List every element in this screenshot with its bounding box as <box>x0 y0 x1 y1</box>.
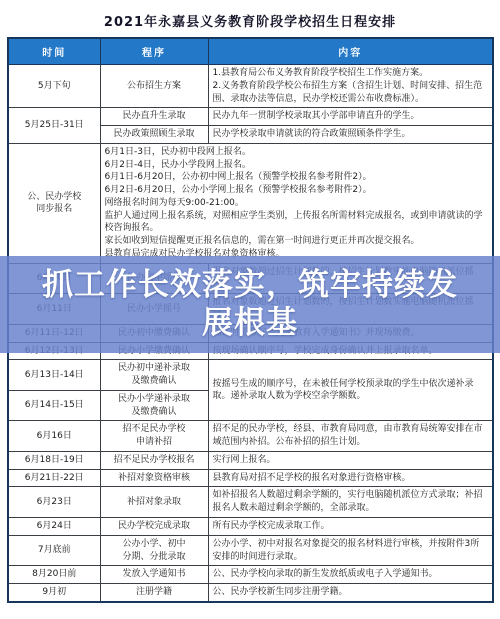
table-row: 6月23日补招对象录取如补招报名人数超过剩余学额的，实行电脑随机派位方式录取；补… <box>8 487 493 518</box>
time-cell: 公、民办学校 同步报名 <box>8 143 100 263</box>
time-cell: 6月24日 <box>8 517 100 535</box>
time-cell: 6月10日 <box>8 263 100 294</box>
content-cell: 实行网上报名。 <box>208 451 493 469</box>
content-cell: 确认时需带好《义务教育入学通知书》并现场缴费。 <box>208 324 493 342</box>
program-cell: 招不足民办学校 申请补招 <box>100 421 208 452</box>
content-cell: 公、民办学校向录取的新生发放纸质或电子入学通知书。 <box>208 566 493 584</box>
program-cell: 注册学籍 <box>100 584 208 602</box>
table-row: 9月初注册学籍公、民办学校新生同步注册学籍。 <box>8 584 493 602</box>
header-row: 时间程序内容 <box>8 38 493 65</box>
column-header-0: 时间 <box>8 38 100 65</box>
content-cell: 报名对象数超过招生计划数的，按招生计划数实施电脑随机派位摇号。 <box>208 294 493 325</box>
time-cell: 6月11日-12日 <box>8 324 100 342</box>
table-row: 6月21日-22日补招对象资格审核县教育局对招不足学校的报名对象进行资格审核。 <box>8 469 493 487</box>
content-cell: 所有民办学校完成录取工作。 <box>208 517 493 535</box>
time-cell: 6月13日-14日 <box>8 360 100 391</box>
content-cell: 报名对象数超过招生计划数的，按招生计划数实施电脑随机派位摇号。 <box>208 263 493 294</box>
program-cell: 补招对象资格审核 <box>100 469 208 487</box>
content-cell: 民办九年一贯制学校录取其小学部申请直升的学生。 <box>208 108 493 126</box>
program-cell: 公布招生方案 <box>100 65 208 108</box>
program-cell: 民办小学递补录取 及缴费确认 <box>100 390 208 421</box>
column-header-1: 程序 <box>100 38 208 65</box>
table-row: 6月11日-12日民办初中缴费确认确认时需带好《义务教育入学通知书》并现场缴费。 <box>8 324 493 342</box>
content-cell: 6月1日-3日，民办初中段网上报名。 6月2日-4日，民办小学段网上报名。 6月… <box>100 143 493 263</box>
content-cell: 按摇号生成的顺序号，在未被任何学校预录取的学生中依次递补录取。递补录取人数为学校… <box>208 360 493 421</box>
table-row: 5月下旬公布招生方案1.县教育局公布义务教育阶段学校招生工作实施方案。 2.义务… <box>8 65 493 108</box>
program-cell: 民办小学摇号 <box>100 294 208 325</box>
time-cell: 7月底前 <box>8 535 100 566</box>
program-cell: 民办政策照顾生录取 <box>100 126 208 144</box>
time-cell: 5月25日-31日 <box>8 108 100 144</box>
program-cell: 公办小学、初中 分期、分批录取 <box>100 535 208 566</box>
content-cell: 公办小学、初中对报名对象提交的报名材料进行审核，并按附件3所安排的时间进行录取。 <box>208 535 493 566</box>
page-title: 2021年永嘉县义务教育阶段学校招生日程安排 <box>0 0 500 37</box>
program-cell: 民办直升生录取 <box>100 108 208 126</box>
schedule-table: 时间程序内容 5月下旬公布招生方案1.县教育局公布义务教育阶段学校招生工作实施方… <box>7 37 494 603</box>
content-cell: 如补招报名人数超过剩余学额的，实行电脑随机派位方式录取；补招报名人数未超过剩余学… <box>208 487 493 518</box>
table-body: 5月下旬公布招生方案1.县教育局公布义务教育阶段学校招生工作实施方案。 2.义务… <box>8 65 493 602</box>
table-row: 6月10日民办初中摇号报名对象数超过招生计划数的，按招生计划数实施电脑随机派位摇… <box>8 263 493 294</box>
program-cell: 民办小学缴费确认 <box>100 342 208 360</box>
table-row: 6月18日-19日招不足民办学校报名实行网上报名。 <box>8 451 493 469</box>
time-cell: 9月初 <box>8 584 100 602</box>
table-row: 6月16日招不足民办学校 申请补招招不足的民办学校，经县、市教育局同意，由市教育… <box>8 421 493 452</box>
program-cell: 招不足民办学校报名 <box>100 451 208 469</box>
program-cell: 民办初中递补录取 及缴费确认 <box>100 360 208 391</box>
program-cell: 民办初中缴费确认 <box>100 324 208 342</box>
time-cell: 6月18日-19日 <box>8 451 100 469</box>
time-cell: 6月14日-15日 <box>8 390 100 421</box>
table-row: 8月20日前发放入学通知书公、民办学校向录取的新生发放纸质或电子入学通知书。 <box>8 566 493 584</box>
content-cell: 按现场确认顺序号，学校完成身份确认并上报录取名单。 <box>208 342 493 360</box>
program-cell: 民办初中摇号 <box>100 263 208 294</box>
table-row: 7月底前公办小学、初中 分期、分批录取公办小学、初中对报名对象提交的报名材料进行… <box>8 535 493 566</box>
table-row: 6月11日民办小学摇号报名对象数超过招生计划数的，按招生计划数实施电脑随机派位摇… <box>8 294 493 325</box>
table-row: 公、民办学校 同步报名6月1日-3日，民办初中段网上报名。 6月2日-4日，民办… <box>8 143 493 263</box>
time-cell: 5月下旬 <box>8 65 100 108</box>
content-cell: 县教育局对招不足学校的报名对象进行资格审核。 <box>208 469 493 487</box>
table-row: 6月12日-13日民办小学缴费确认按现场确认顺序号，学校完成身份确认并上报录取名… <box>8 342 493 360</box>
program-cell: 民办学校完成录取 <box>100 517 208 535</box>
content-cell: 公、民办学校新生同步注册学籍。 <box>208 584 493 602</box>
time-cell: 6月12日-13日 <box>8 342 100 360</box>
table-row: 6月13日-14日民办初中递补录取 及缴费确认按摇号生成的顺序号，在未被任何学校… <box>8 360 493 391</box>
table-header: 时间程序内容 <box>8 38 493 65</box>
content-cell: 民办学校录取申请就读的符合政策照顾条件学生。 <box>208 126 493 144</box>
content-cell: 招不足的民办学校，经县、市教育局同意，由市教育局统筹安排在市域范围内补招。公布补… <box>208 421 493 452</box>
time-cell: 6月23日 <box>8 487 100 518</box>
time-cell: 8月20日前 <box>8 566 100 584</box>
time-cell: 6月21日-22日 <box>8 469 100 487</box>
table-row: 5月25日-31日民办直升生录取民办九年一贯制学校录取其小学部申请直升的学生。 <box>8 108 493 126</box>
program-cell: 补招对象录取 <box>100 487 208 518</box>
table-row: 6月24日民办学校完成录取所有民办学校完成录取工作。 <box>8 517 493 535</box>
column-header-2: 内容 <box>208 38 493 65</box>
time-cell: 6月11日 <box>8 294 100 325</box>
program-cell: 发放入学通知书 <box>100 566 208 584</box>
time-cell: 6月16日 <box>8 421 100 452</box>
content-cell: 1.县教育局公布义务教育阶段学校招生工作实施方案。 2.义务教育阶段学校公布招生… <box>208 65 493 108</box>
